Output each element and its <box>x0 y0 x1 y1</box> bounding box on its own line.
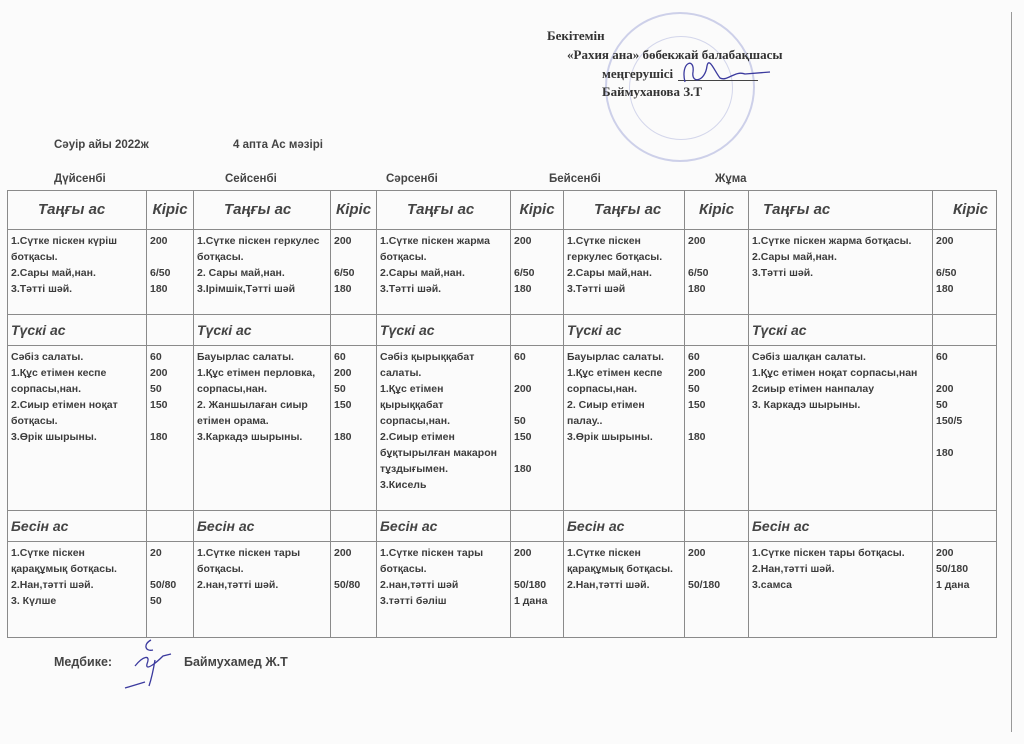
table-row-breakfast: 1.Сүтке піскен күріш ботқасы. 2.Сары май… <box>8 230 997 315</box>
page-edge <box>1011 12 1012 732</box>
dish-cell: 1.Сүтке піскен қарақұмық ботқасы. 2.Нан,… <box>564 542 685 638</box>
dish-cell: 1.Сүтке піскен геркулес ботқасы. 2.Сары … <box>564 230 685 315</box>
header-meal: Таңғы ас <box>377 191 511 230</box>
section-label: Бесін ас <box>8 511 147 542</box>
amount-cell: 60 200 50 150 180 <box>685 346 749 511</box>
dish-cell: 1.Сүтке піскен тары ботқасы. 2.нан,тәтті… <box>194 542 331 638</box>
amount-cell: 200 6/50 180 <box>685 230 749 315</box>
section-label: Бесін ас <box>377 511 511 542</box>
dish-cell: 1.Сүтке піскен тары ботқасы. 2.нан,тәтті… <box>377 542 511 638</box>
empty-cell <box>511 315 564 346</box>
nurse-name: Баймухамед Ж.Т <box>184 655 288 669</box>
header-amount: Кіріс <box>933 191 997 230</box>
empty-cell <box>147 511 194 542</box>
dish-cell: 1.Сүтке піскен геркулес ботқасы. 2. Сары… <box>194 230 331 315</box>
table-header-row: Таңғы ас Кіріс Таңғы ас Кіріс Таңғы ас К… <box>8 191 997 230</box>
amount-cell: 200 50/180 <box>685 542 749 638</box>
nurse-signature <box>123 636 183 694</box>
section-label: Түскі ас <box>377 315 511 346</box>
amount-cell: 200 6/50 180 <box>511 230 564 315</box>
dish-cell: Сәбіз салаты. 1.Құс етімен кеспе сорпасы… <box>8 346 147 511</box>
dish-cell: Бауырлас салаты. 1.Құс етімен кеспе сорп… <box>564 346 685 511</box>
approval-role: меңгерушісі <box>602 66 673 82</box>
approval-name: Баймуханова З.Т <box>602 84 702 100</box>
day-thursday: Бейсенбі <box>549 173 601 185</box>
header-amount: Кіріс <box>331 191 377 230</box>
amount-cell: 20 50/80 50 <box>147 542 194 638</box>
section-label: Бесін ас <box>564 511 685 542</box>
day-tuesday: Сейсенбі <box>225 173 277 185</box>
header-amount: Кіріс <box>511 191 564 230</box>
empty-cell <box>331 511 377 542</box>
amount-cell: 200 6/50 180 <box>933 230 997 315</box>
dish-cell: Сәбіз шалқан салаты. 1.Құс етімен ноқат … <box>749 346 933 511</box>
section-label: Бесін ас <box>194 511 331 542</box>
section-row-snack: Бесін ас Бесін ас Бесін ас Бесін ас Бесі… <box>8 511 997 542</box>
amount-cell: 200 50/180 1 дана <box>933 542 997 638</box>
header-meal: Таңғы ас <box>749 191 933 230</box>
dish-cell: 1.Сүтке піскен жарма ботқасы. 2.Сары май… <box>749 230 933 315</box>
nurse-role: Медбике: <box>54 655 112 669</box>
amount-cell: 200 50/180 1 дана <box>511 542 564 638</box>
empty-cell <box>685 511 749 542</box>
empty-cell <box>147 315 194 346</box>
day-wednesday: Сәрсенбі <box>386 173 438 185</box>
amount-cell: 60 200 50 150/5 180 <box>933 346 997 511</box>
section-label: Түскі ас <box>194 315 331 346</box>
empty-cell <box>933 315 997 346</box>
day-monday: Дүйсенбі <box>54 173 106 185</box>
empty-cell <box>331 315 377 346</box>
week-title: 4 апта Ас мәзірі <box>233 139 323 151</box>
section-label: Түскі ас <box>749 315 933 346</box>
approval-title: Бекітемін <box>547 28 605 44</box>
table-row-lunch: Сәбіз салаты. 1.Құс етімен кеспе сорпасы… <box>8 346 997 511</box>
month-label: Сәуір айы 2022ж <box>54 139 149 151</box>
table-row-snack: 1.Сүтке піскен қарақұмық ботқасы. 2.Нан,… <box>8 542 997 638</box>
header-meal: Таңғы ас <box>194 191 331 230</box>
amount-cell: 60 200 50 150 180 <box>147 346 194 511</box>
dish-cell: 1.Сүтке піскен тары ботқасы. 2.Нан,тәтті… <box>749 542 933 638</box>
dish-cell: 1.Сүтке піскен қарақұмық ботқасы. 2.Нан,… <box>8 542 147 638</box>
amount-cell: 200 50/80 <box>331 542 377 638</box>
menu-table: Таңғы ас Кіріс Таңғы ас Кіріс Таңғы ас К… <box>7 190 997 638</box>
dish-cell: Бауырлас салаты. 1.Құс етімен перловка, … <box>194 346 331 511</box>
amount-cell: 200 6/50 180 <box>331 230 377 315</box>
header-amount: Кіріс <box>685 191 749 230</box>
empty-cell <box>685 315 749 346</box>
header-meal: Таңғы ас <box>564 191 685 230</box>
empty-cell <box>933 511 997 542</box>
dish-cell: Сәбіз қырыққабат салаты. 1.Құс етімен қы… <box>377 346 511 511</box>
header-amount: Кіріс <box>147 191 194 230</box>
section-label: Бесін ас <box>749 511 933 542</box>
amount-cell: 60 200 50 150 180 <box>331 346 377 511</box>
empty-cell <box>511 511 564 542</box>
section-row-lunch: Түскі ас Түскі ас Түскі ас Түскі ас Түск… <box>8 315 997 346</box>
dish-cell: 1.Сүтке піскен жарма ботқасы. 2.Сары май… <box>377 230 511 315</box>
amount-cell: 60 200 50 150 180 <box>511 346 564 511</box>
day-friday: Жұма <box>715 173 747 185</box>
dish-cell: 1.Сүтке піскен күріш ботқасы. 2.Сары май… <box>8 230 147 315</box>
header-meal: Таңғы ас <box>8 191 147 230</box>
section-label: Түскі ас <box>8 315 147 346</box>
section-label: Түскі ас <box>564 315 685 346</box>
amount-cell: 200 6/50 180 <box>147 230 194 315</box>
